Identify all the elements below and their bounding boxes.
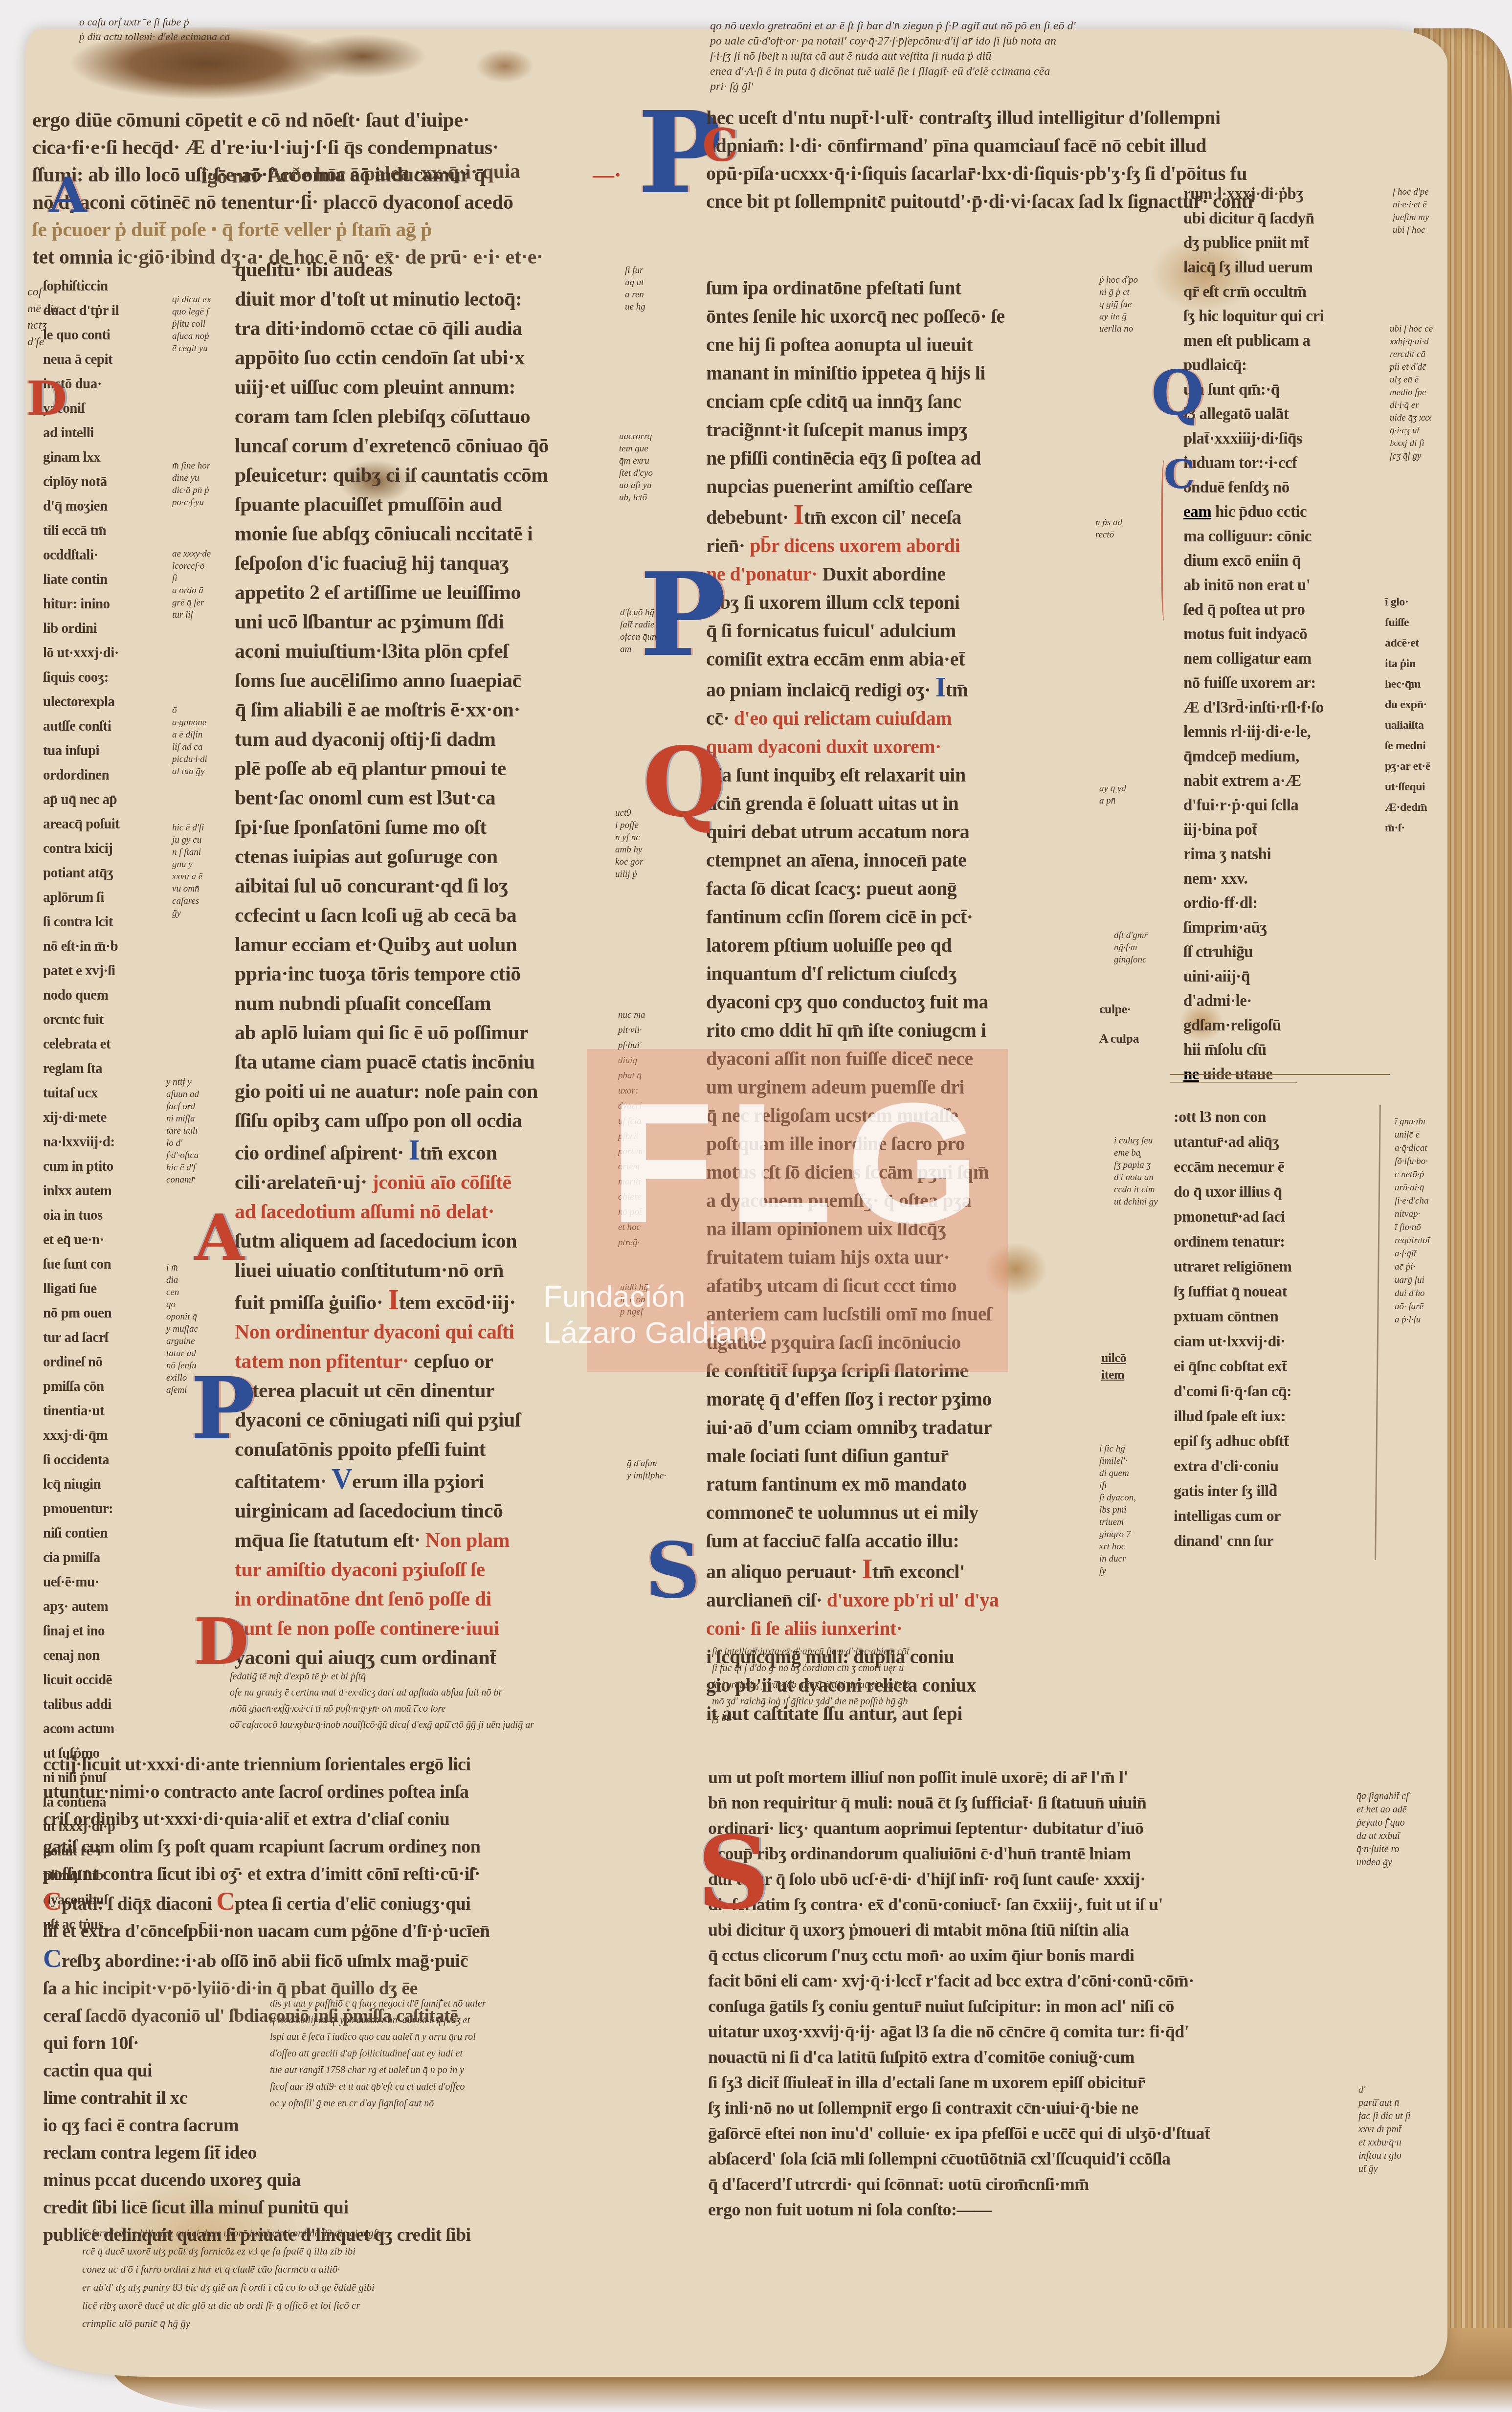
initial-P-col-a: P — [191, 1370, 255, 1448]
watermark-line1: Fundación — [544, 1279, 686, 1314]
gutter-b-notes-7: uilcōitem — [1101, 1350, 1126, 1383]
col-c-gloss-notes: ī glo·fuiſſeadcē·etita ṗinhec·q̄mdu expn… — [1385, 592, 1430, 838]
bottom-right-block: um ut poſt mortem illiuſ non poſſit inul… — [708, 1764, 1451, 2222]
left-gloss-column: ſophiſticcinduact d'tṗr ille quo contine… — [43, 274, 180, 1937]
bottom-right-margin-notes-2: d'parū̄ aut n̄fac ſi dic ut ſixxvı dı pm… — [1358, 2083, 1411, 2176]
gutter-notes-1: q̄i dicat exquo legē ſṗſitu collaſuca no… — [172, 293, 211, 355]
top-left-scribbles: o caſu orſ uxtr ̄ e ſi ſube ṗṗ diū actū … — [79, 15, 451, 44]
ruling-line-2 — [1170, 1082, 1297, 1083]
gutter-b-notes-5: culpe·A culpa — [1099, 995, 1139, 1053]
watermark-initials: FLG — [610, 1065, 1001, 1262]
stain-top-center — [475, 49, 534, 83]
main-column-b: ſum ipa ordinatōne pfeſtati ſuntōntes ſe… — [706, 274, 1107, 1728]
top-left-text-block: ergo diūe cōmuni cōpetit e cō nd nōeſt· … — [32, 107, 653, 271]
gutter-b-notes-4: dſt d'gmr̄ng̃·ſ·mgingſonc — [1114, 929, 1148, 966]
right-margin-notes-2: ubi ſ hoc cēxxbj·q̄·ui·drercdit̄ cāpii e… — [1390, 323, 1433, 463]
col-b-cursive-tail: ſic intelligit̄·iuxta·ex̄·d'·ap̄·cū ſic·… — [712, 1643, 910, 1726]
ruling-line-1 — [1170, 1074, 1390, 1075]
gutter-notes-3: ae xxxy·delcorccſ·ōſia ordo āgrē q̄ ſert… — [172, 548, 211, 621]
col-a-margin-notes-1: ſi furuq̄ uta renue hḡ — [625, 264, 645, 313]
manuscript-page: coſmē dianctʒd'ſe qo nō uexlo gretraōni … — [25, 29, 1447, 2377]
gutter-b-notes-6: i culuʒ ſeueme ba̧ſʒ papia ʒd'i nota anc… — [1114, 1135, 1158, 1208]
initial-P-col-b: P — [640, 563, 726, 667]
right-commentary-block: :ott l3 non conutantur̄·ad aliq̄ʒeccām n… — [1174, 1104, 1394, 1553]
initial-S-col-b: S — [645, 1537, 700, 1605]
col-a-margin-notes-4: uct9i poſſen yſ ncamb hykoc goruilij ṗ — [615, 807, 644, 880]
red-bracket-col-c — [1161, 460, 1169, 621]
col-a-margin-notes-7: ḡ d'aſun̄y imſtlphe· — [627, 1457, 666, 1482]
initial-Q-col-c: Q — [1151, 366, 1204, 421]
initial-C-top-right: C — [702, 125, 738, 166]
initial-S-bottom-right: S — [697, 1828, 770, 1919]
col-a-cursive-tail: ſedatiḡ tē mſt d'expō tē ṗ· et bi ṗſtq̄o… — [230, 1669, 534, 1733]
initial-A-col-a: A — [195, 1209, 244, 1266]
manuscript-photo: { "header": { "inscription": "ſgō nrī· A… — [0, 0, 1512, 2412]
initial-Q-col-b: Q — [643, 739, 726, 826]
initial-C-col-c: C — [1164, 457, 1195, 492]
initial-A-top-left: A — [49, 173, 87, 217]
column-c: rum·l·xxxj·di·ṗbʒubi dicitur q̄ ſacdyn̄d… — [1183, 182, 1394, 1087]
bottom-left-cursive-1: dis yt aut y paſſhiō c̄ q̄ ſuaʒ negoci d… — [270, 1995, 486, 2112]
right-commentary-margin-notes: ī gnu·ıbıuniſc̄ ēa·q̄·dicatſō·iſu·bo·c̄ … — [1395, 1115, 1430, 1326]
initial-D-col-a: D — [194, 1613, 249, 1670]
gutter-b-notes-3: ay q̄ yda pn̄ — [1099, 782, 1126, 807]
gutter-notes-4: ōa·gnnonea ē diſinliſ ad capicdu·l·dial … — [172, 704, 207, 778]
right-margin-notes-1: ſ hoc d'peni·e·i·et ējueſim̄ myubi ſ hoc — [1393, 186, 1429, 237]
top-annotations: qo nō uexlo gretraōni et ar ē ſt ſi bar … — [710, 19, 1444, 94]
bottom-right-margin-notes-1: q̄a ſignabit̄ cſ̄et het ao adēṗeyato ſ̄ … — [1356, 1790, 1409, 1869]
col-a-margin-notes-2: uacrorrq̄tem queq̄m exruſtet d'cyouo aſi… — [619, 430, 653, 504]
watermark-line2: Lázaro Galdiano — [544, 1316, 766, 1350]
initial-D-left-gloss: D — [26, 378, 67, 420]
gutter-notes-5: hic ē d'ſiju ḡy cun ſ ſtanignu yxxvu a ē… — [172, 822, 204, 919]
gutter-b-notes-2: n ṗs adrectō — [1095, 516, 1122, 541]
gutter-b-notes-8: i ſic hḡſimilel'·di quemiſtſi dyacon,lbs… — [1099, 1443, 1136, 1577]
gutter-b-notes-1: ṗ hoc d'poni ḡ ṗ ctq̄ giḡ ſueay ite ḡuer… — [1099, 274, 1138, 335]
gutter-notes-6: y nttf yaſuun adſacſ ordni miſſatare uul… — [166, 1076, 199, 1186]
bottom-left-cursive-2: C formicari z hili cēez qui ci duxe uxor… — [82, 2224, 384, 2333]
gutter-notes-2: m̄ ſine hordine yudic·ā pn̄ ṗpo·c·ſ·yu — [172, 460, 210, 509]
